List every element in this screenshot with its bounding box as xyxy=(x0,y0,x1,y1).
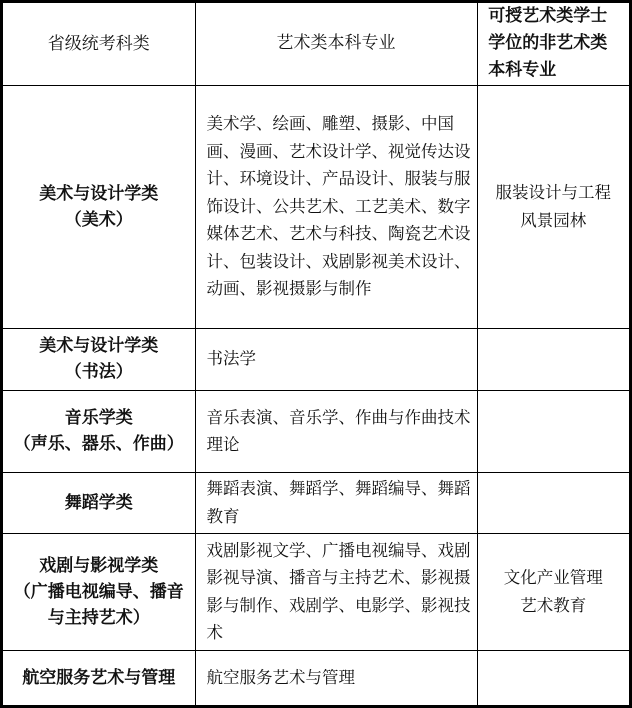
non-art-major: 风景园林 xyxy=(478,207,630,235)
category-line-2: （美术） xyxy=(3,207,195,233)
non-art-majors-cell xyxy=(477,472,629,533)
category-cell: 美术与设计学类 （书法） xyxy=(3,328,195,390)
category-line-1: 航空服务艺术与管理 xyxy=(22,665,175,691)
header-provincial-category-label: 省级统考科类 xyxy=(48,34,150,54)
majors-cell: 美术学、绘画、雕塑、摄影、中国画、漫画、艺术设计学、视觉传达设计、环境设计、产品… xyxy=(195,85,477,328)
category-cell: 音乐学类 （声乐、器乐、作曲） xyxy=(3,390,195,472)
majors-cell: 舞蹈表演、舞蹈学、舞蹈编导、舞蹈教育 xyxy=(195,472,477,533)
category-line-2: （广播电视编导、播音与主持艺术） xyxy=(14,579,184,631)
category-line-1: 美术与设计学类 xyxy=(3,333,195,359)
non-art-majors-cell xyxy=(477,650,629,705)
majors-cell: 航空服务艺术与管理 xyxy=(195,650,477,705)
table-row: 美术与设计学类 （美术） 美术学、绘画、雕塑、摄影、中国画、漫画、艺术设计学、视… xyxy=(3,85,629,328)
table-row: 音乐学类 （声乐、器乐、作曲） 音乐表演、音乐学、作曲与作曲技术理论 xyxy=(3,390,629,472)
category-line-2: （声乐、器乐、作曲） xyxy=(14,431,184,457)
majors-text: 航空服务艺术与管理 xyxy=(207,668,356,687)
header-non-art-majors-label: 可授艺术类学士学位的非艺术类本科专业 xyxy=(488,3,618,84)
art-majors-table-frame: 省级统考科类 艺术类本科专业 可授艺术类学士学位的非艺术类本科专业 美术与设计学… xyxy=(0,0,632,708)
majors-cell: 音乐表演、音乐学、作曲与作曲技术理论 xyxy=(195,390,477,472)
header-art-majors-label: 艺术类本科专业 xyxy=(277,33,396,53)
table-row: 航空服务艺术与管理 航空服务艺术与管理 xyxy=(3,650,629,705)
category-line-2: （书法） xyxy=(3,359,195,385)
table-row: 舞蹈学类 舞蹈表演、舞蹈学、舞蹈编导、舞蹈教育 xyxy=(3,472,629,533)
header-non-art-majors: 可授艺术类学士学位的非艺术类本科专业 xyxy=(477,3,629,85)
non-art-majors-cell: 文化产业管理 艺术教育 xyxy=(477,533,629,650)
majors-text: 美术学、绘画、雕塑、摄影、中国画、漫画、艺术设计学、视觉传达设计、环境设计、产品… xyxy=(207,114,471,298)
category-line-1: 戏剧与影视学类 xyxy=(3,553,195,579)
majors-text: 音乐表演、音乐学、作曲与作曲技术理论 xyxy=(207,408,471,455)
majors-text: 戏剧影视文学、广播电视编导、戏剧影视导演、播音与主持艺术、影视摄影与制作、戏剧学… xyxy=(207,541,471,643)
non-art-major: 艺术教育 xyxy=(478,592,630,620)
category-line-1: 舞蹈学类 xyxy=(3,490,195,516)
non-art-major: 文化产业管理 xyxy=(478,564,630,592)
non-art-majors-cell xyxy=(477,390,629,472)
category-cell: 航空服务艺术与管理 xyxy=(3,650,195,705)
header-art-majors: 艺术类本科专业 xyxy=(195,3,477,85)
majors-text: 书法学 xyxy=(207,349,257,368)
category-cell: 舞蹈学类 xyxy=(3,472,195,533)
table-row: 戏剧与影视学类 （广播电视编导、播音与主持艺术） 戏剧影视文学、广播电视编导、戏… xyxy=(3,533,629,650)
category-cell: 戏剧与影视学类 （广播电视编导、播音与主持艺术） xyxy=(3,533,195,650)
art-majors-table: 省级统考科类 艺术类本科专业 可授艺术类学士学位的非艺术类本科专业 美术与设计学… xyxy=(3,3,629,705)
header-provincial-category: 省级统考科类 xyxy=(3,3,195,85)
majors-cell: 书法学 xyxy=(195,328,477,390)
non-art-major: 服装设计与工程 xyxy=(478,179,630,207)
table-row: 美术与设计学类 （书法） 书法学 xyxy=(3,328,629,390)
category-line-1: 音乐学类 xyxy=(3,405,195,431)
header-row: 省级统考科类 艺术类本科专业 可授艺术类学士学位的非艺术类本科专业 xyxy=(3,3,629,85)
category-line-1: 美术与设计学类 xyxy=(3,181,195,207)
non-art-majors-cell: 服装设计与工程 风景园林 xyxy=(477,85,629,328)
category-cell: 美术与设计学类 （美术） xyxy=(3,85,195,328)
majors-cell: 戏剧影视文学、广播电视编导、戏剧影视导演、播音与主持艺术、影视摄影与制作、戏剧学… xyxy=(195,533,477,650)
majors-text: 舞蹈表演、舞蹈学、舞蹈编导、舞蹈教育 xyxy=(207,479,471,526)
non-art-majors-cell xyxy=(477,328,629,390)
